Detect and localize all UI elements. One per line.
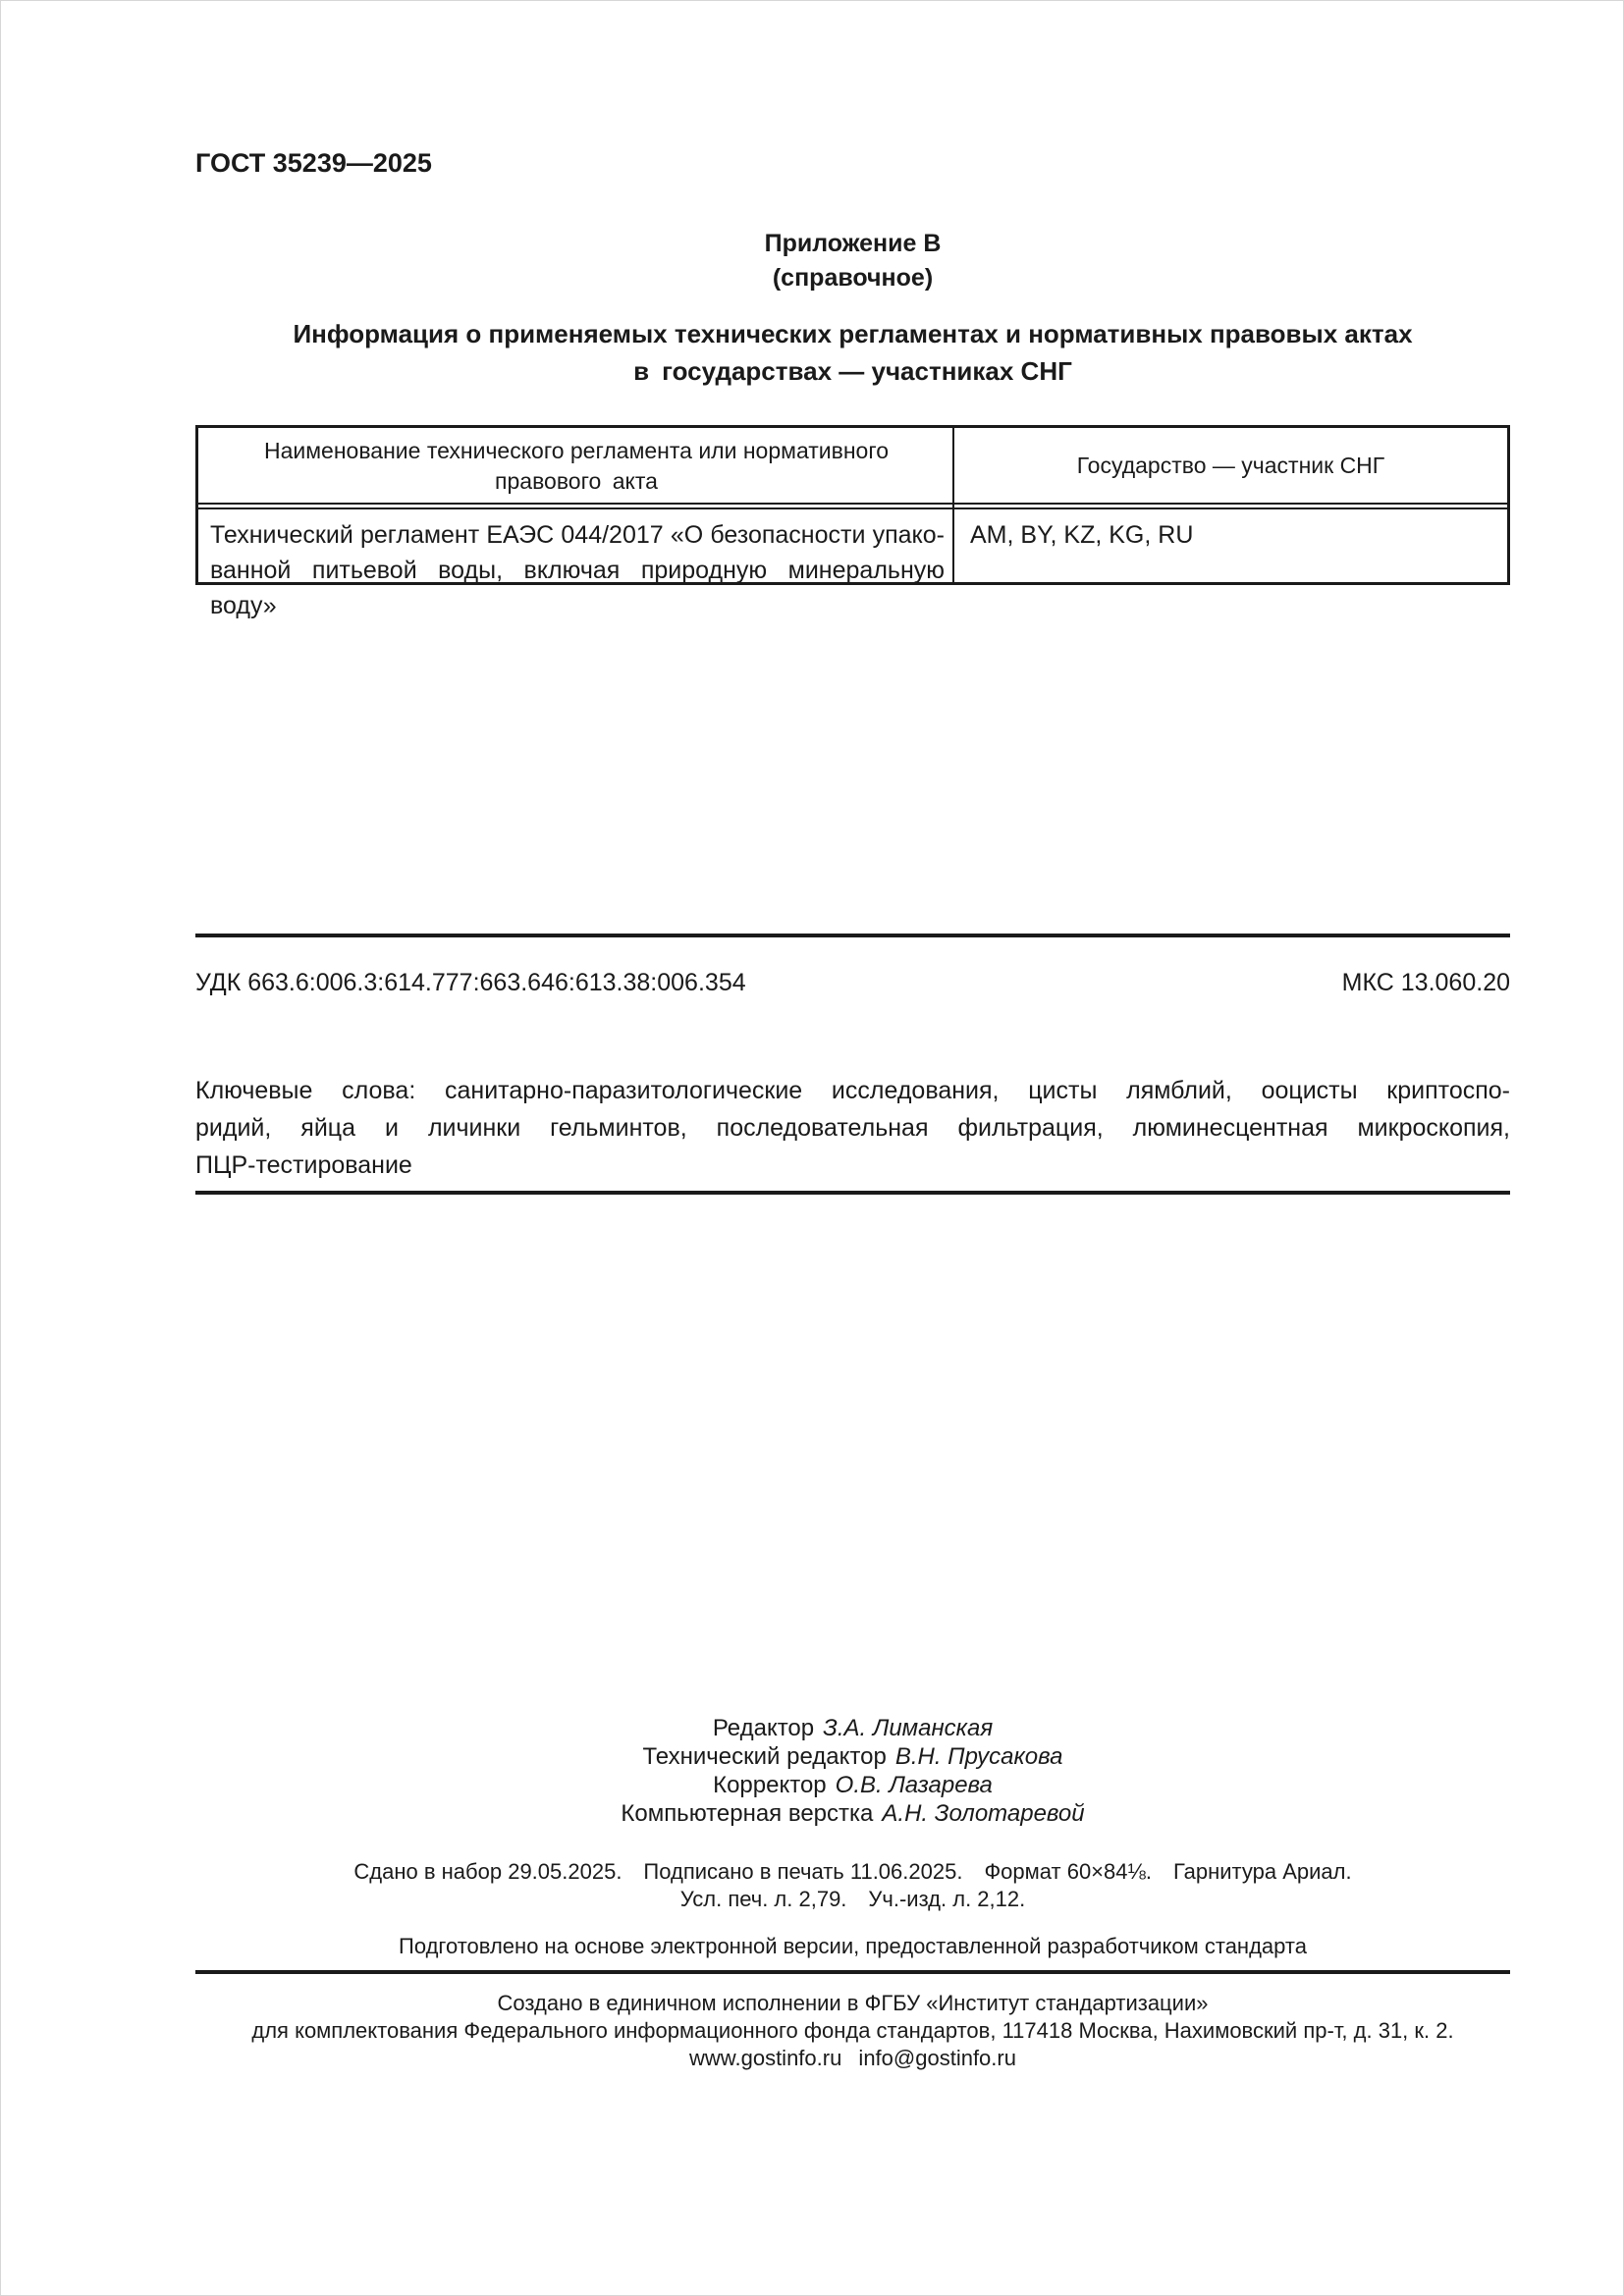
publisher-line: для комплектования Федерального информац… [195,2017,1510,2045]
publisher-block: Создано в единичном исполнении в ФГБУ «И… [195,1990,1510,2072]
imprint-line: Усл. печ. л. 2,79. Уч.-изд. л. 2,12. [195,1886,1510,1913]
credits-block: РедакторЗ.А. Лиманская Технический редак… [195,1714,1510,1828]
credit-role: Компьютерная верстка [621,1800,873,1827]
credit-line: Компьютерная версткаА.Н. Золотаревой [195,1799,1510,1828]
keywords-line: ридий, яйца и личинки гельминтов, послед… [195,1109,1510,1147]
table-cell-regulation: Технический регламент ЕАЭС 044/2017 «О б… [198,509,954,582]
credit-line: Технический редакторВ.Н. Прусакова [195,1742,1510,1771]
credit-role: Корректор [713,1772,827,1798]
table-cell-states: AM, BY, KZ, KG, RU [954,509,1507,582]
appendix-label: Приложение В [195,227,1510,261]
keywords-paragraph: Ключевые слова: санитарно-паразитологиче… [195,1072,1510,1184]
horizontal-rule-top [195,934,1510,937]
doc-number: ГОСТ 35239—2025 [195,148,432,179]
table-header-row: Наименование технического регламента или… [198,428,1507,503]
table-header-double-rule [198,503,1507,509]
credit-line: РедакторЗ.А. Лиманская [195,1714,1510,1742]
table-header-regulation: Наименование технического регламента или… [198,428,954,503]
imprint-line: Сдано в набор 29.05.2025. Подписано в пе… [195,1858,1510,1886]
mks-code: МКС 13.060.20 [1342,969,1510,997]
horizontal-rule-keywords [195,1191,1510,1195]
credit-name: В.Н. Прусакова [895,1743,1063,1770]
publisher-line: Создано в единичном исполнении в ФГБУ «И… [195,1990,1510,2017]
appendix-type: (справочное) [195,261,1510,295]
regulations-table: Наименование технического регламента или… [195,425,1510,585]
appendix-title: Информация о применяемых технических рег… [195,315,1510,390]
classification-row: УДК 663.6:006.3:614.777:663.646:613.38:0… [195,969,1510,997]
credit-name: А.Н. Золотаревой [882,1800,1084,1827]
table-row: Технический регламент ЕАЭС 044/2017 «О б… [198,509,1507,582]
credit-line: КорректорО.В. Лазарева [195,1771,1510,1799]
prepared-note: Подготовлено на основе электронной верси… [195,1934,1510,1959]
udk-code: УДК 663.6:006.3:614.777:663.646:613.38:0… [195,969,746,997]
credit-name: З.А. Лиманская [823,1715,993,1741]
credit-role: Технический редактор [642,1743,886,1770]
keywords-line: ПЦР-тестирование [195,1147,1510,1184]
horizontal-rule-footer [195,1970,1510,1974]
imprint-block: Сдано в набор 29.05.2025. Подписано в пе… [195,1858,1510,1913]
publisher-contacts: www.gostinfo.ru info@gostinfo.ru [195,2045,1510,2072]
keywords-line: Ключевые слова: санитарно-паразитологиче… [195,1072,1510,1109]
table-column-divider [952,428,954,582]
credit-role: Редактор [713,1715,814,1741]
table-header-states: Государство — участник СНГ [954,428,1507,503]
document-page: ГОСТ 35239—2025 Приложение В (справочное… [0,0,1624,2296]
credit-name: О.В. Лазарева [836,1772,993,1798]
appendix-header: Приложение В (справочное) [195,227,1510,295]
